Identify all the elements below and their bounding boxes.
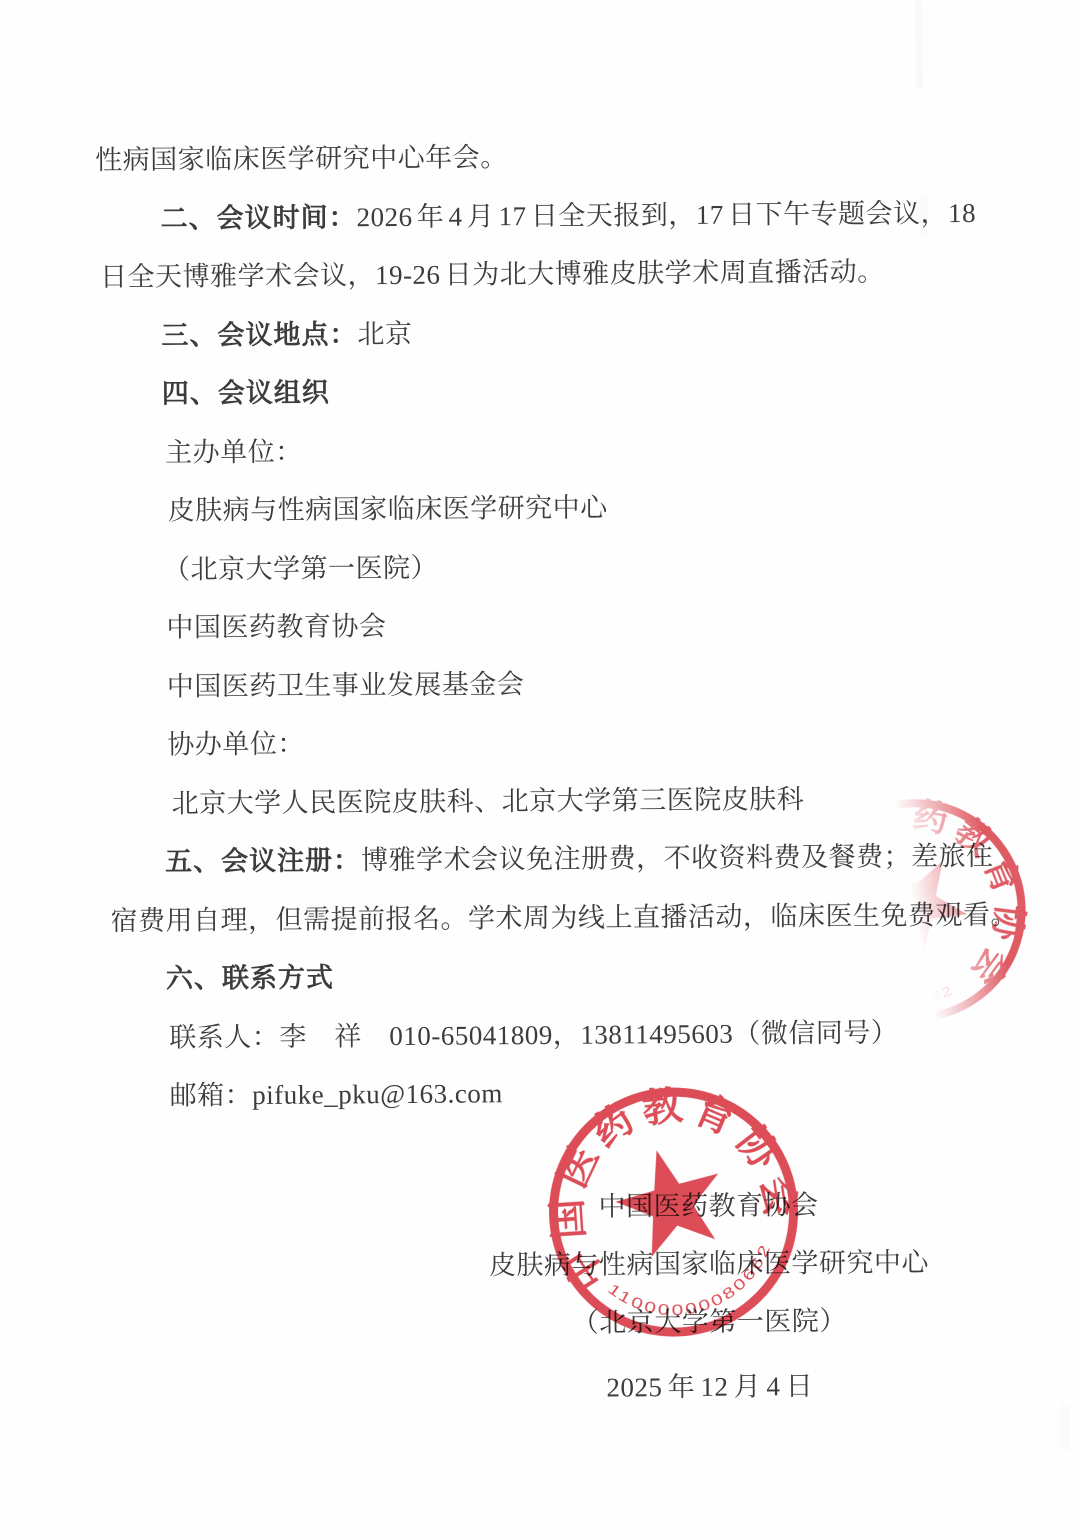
document-body: 性病国家临床医学研究中心年会。二、会议时间：2026 年 4 月 17 日全天报… <box>95 125 1032 1126</box>
text-run: 博雅学术会议免注册费，不收资料费及餐费；差旅住 <box>361 841 994 875</box>
doc-line: 中国医药教育协会 <box>166 593 1028 658</box>
text-run: 性病国家临床医学研究中心年会。 <box>95 142 508 175</box>
text-run: 中国医药教育协会 <box>166 611 386 643</box>
doc-line: 日全天博雅学术会议，19-26 日为北大博雅皮肤学术周直播活动。 <box>100 242 1026 307</box>
heading-run: 二、会议时间： <box>160 202 356 233</box>
doc-line: 邮箱：pifuke_pku@163.com <box>170 1061 1032 1126</box>
doc-line: 三、会议地点：北京 <box>161 300 1026 365</box>
scanned-notice-page: 性病国家临床医学研究中心年会。二、会议时间：2026 年 4 月 17 日全天报… <box>0 0 1080 1540</box>
scan-streak <box>1060 1404 1070 1450</box>
text-run: 2026 年 4 月 17 日全天报到，17 日下午专题会议，18 <box>356 197 976 231</box>
text-run: 主办单位： <box>165 436 303 467</box>
signature-date: 2025 年 12 月 4 日 <box>460 1356 960 1417</box>
doc-line: 六、联系方式 <box>166 944 1031 1009</box>
heading-run: 四、会议组织 <box>162 377 330 408</box>
text-run: 联系人：李 祥 010-65041809，13811495603（微信同号） <box>169 1017 898 1052</box>
signature-block: 中国医药教育协会 皮肤病与性病国家临床医学研究中心 （北京大学第一医院） 202… <box>458 1175 960 1417</box>
doc-line: 皮肤病与性病国家临床医学研究中心 <box>167 476 1027 541</box>
text-run: 邮箱：pifuke_pku@163.com <box>170 1078 503 1110</box>
doc-line: 五、会议注册：博雅学术会议免注册费，不收资料费及餐费；差旅住 <box>165 827 1030 892</box>
scan-content: 性病国家临床医学研究中心年会。二、会议时间：2026 年 4 月 17 日全天报… <box>0 0 1080 1540</box>
doc-line: 联系人：李 祥 010-65041809，13811495603（微信同号） <box>169 1002 1031 1067</box>
text-run: 中国医药卫生事业发展基金会 <box>167 669 525 701</box>
doc-line: 宿费用自理，但需提前报名。学术周为线上直播活动，临床医生免费观看。 <box>110 885 1030 950</box>
doc-line: 四、会议组织 <box>162 359 1027 424</box>
text-run: 宿费用自理，但需提前报名。学术周为线上直播活动，临床医生免费观看。 <box>110 899 1018 935</box>
text-run: 日全天博雅学术会议，19-26 日为北大博雅皮肤学术周直播活动。 <box>100 257 885 292</box>
text-run: 北京 <box>357 318 412 348</box>
text-run: 北京大学人民医院皮肤科、北京大学第三医院皮肤科 <box>172 784 805 818</box>
text-run: 皮肤病与性病国家临床医学研究中心 <box>168 493 608 526</box>
doc-line: （北京大学第一医院） <box>163 534 1028 599</box>
signature-org-1: 中国医药教育协会 <box>458 1175 958 1236</box>
signature-org-3: （北京大学第一医院） <box>459 1291 959 1352</box>
heading-run: 六、联系方式 <box>166 962 334 993</box>
doc-line: 中国医药卫生事业发展基金会 <box>167 651 1029 716</box>
heading-run: 三、会议地点： <box>161 319 357 350</box>
doc-line: 二、会议时间：2026 年 4 月 17 日全天报到，17 日下午专题会议，18 <box>160 183 1025 248</box>
signature-org-2: 皮肤病与性病国家临床医学研究中心 <box>459 1233 959 1294</box>
scan-streak <box>915 0 923 89</box>
doc-line: 协办单位： <box>167 710 1029 775</box>
text-run: 协办单位： <box>167 729 305 760</box>
text-run: （北京大学第一医院） <box>163 552 438 584</box>
doc-line: 北京大学人民医院皮肤科、北京大学第三医院皮肤科 <box>171 768 1029 832</box>
doc-line: 主办单位： <box>165 417 1027 482</box>
heading-run: 五、会议注册： <box>165 845 361 876</box>
doc-line: 性病国家临床医学研究中心年会。 <box>95 125 1025 190</box>
